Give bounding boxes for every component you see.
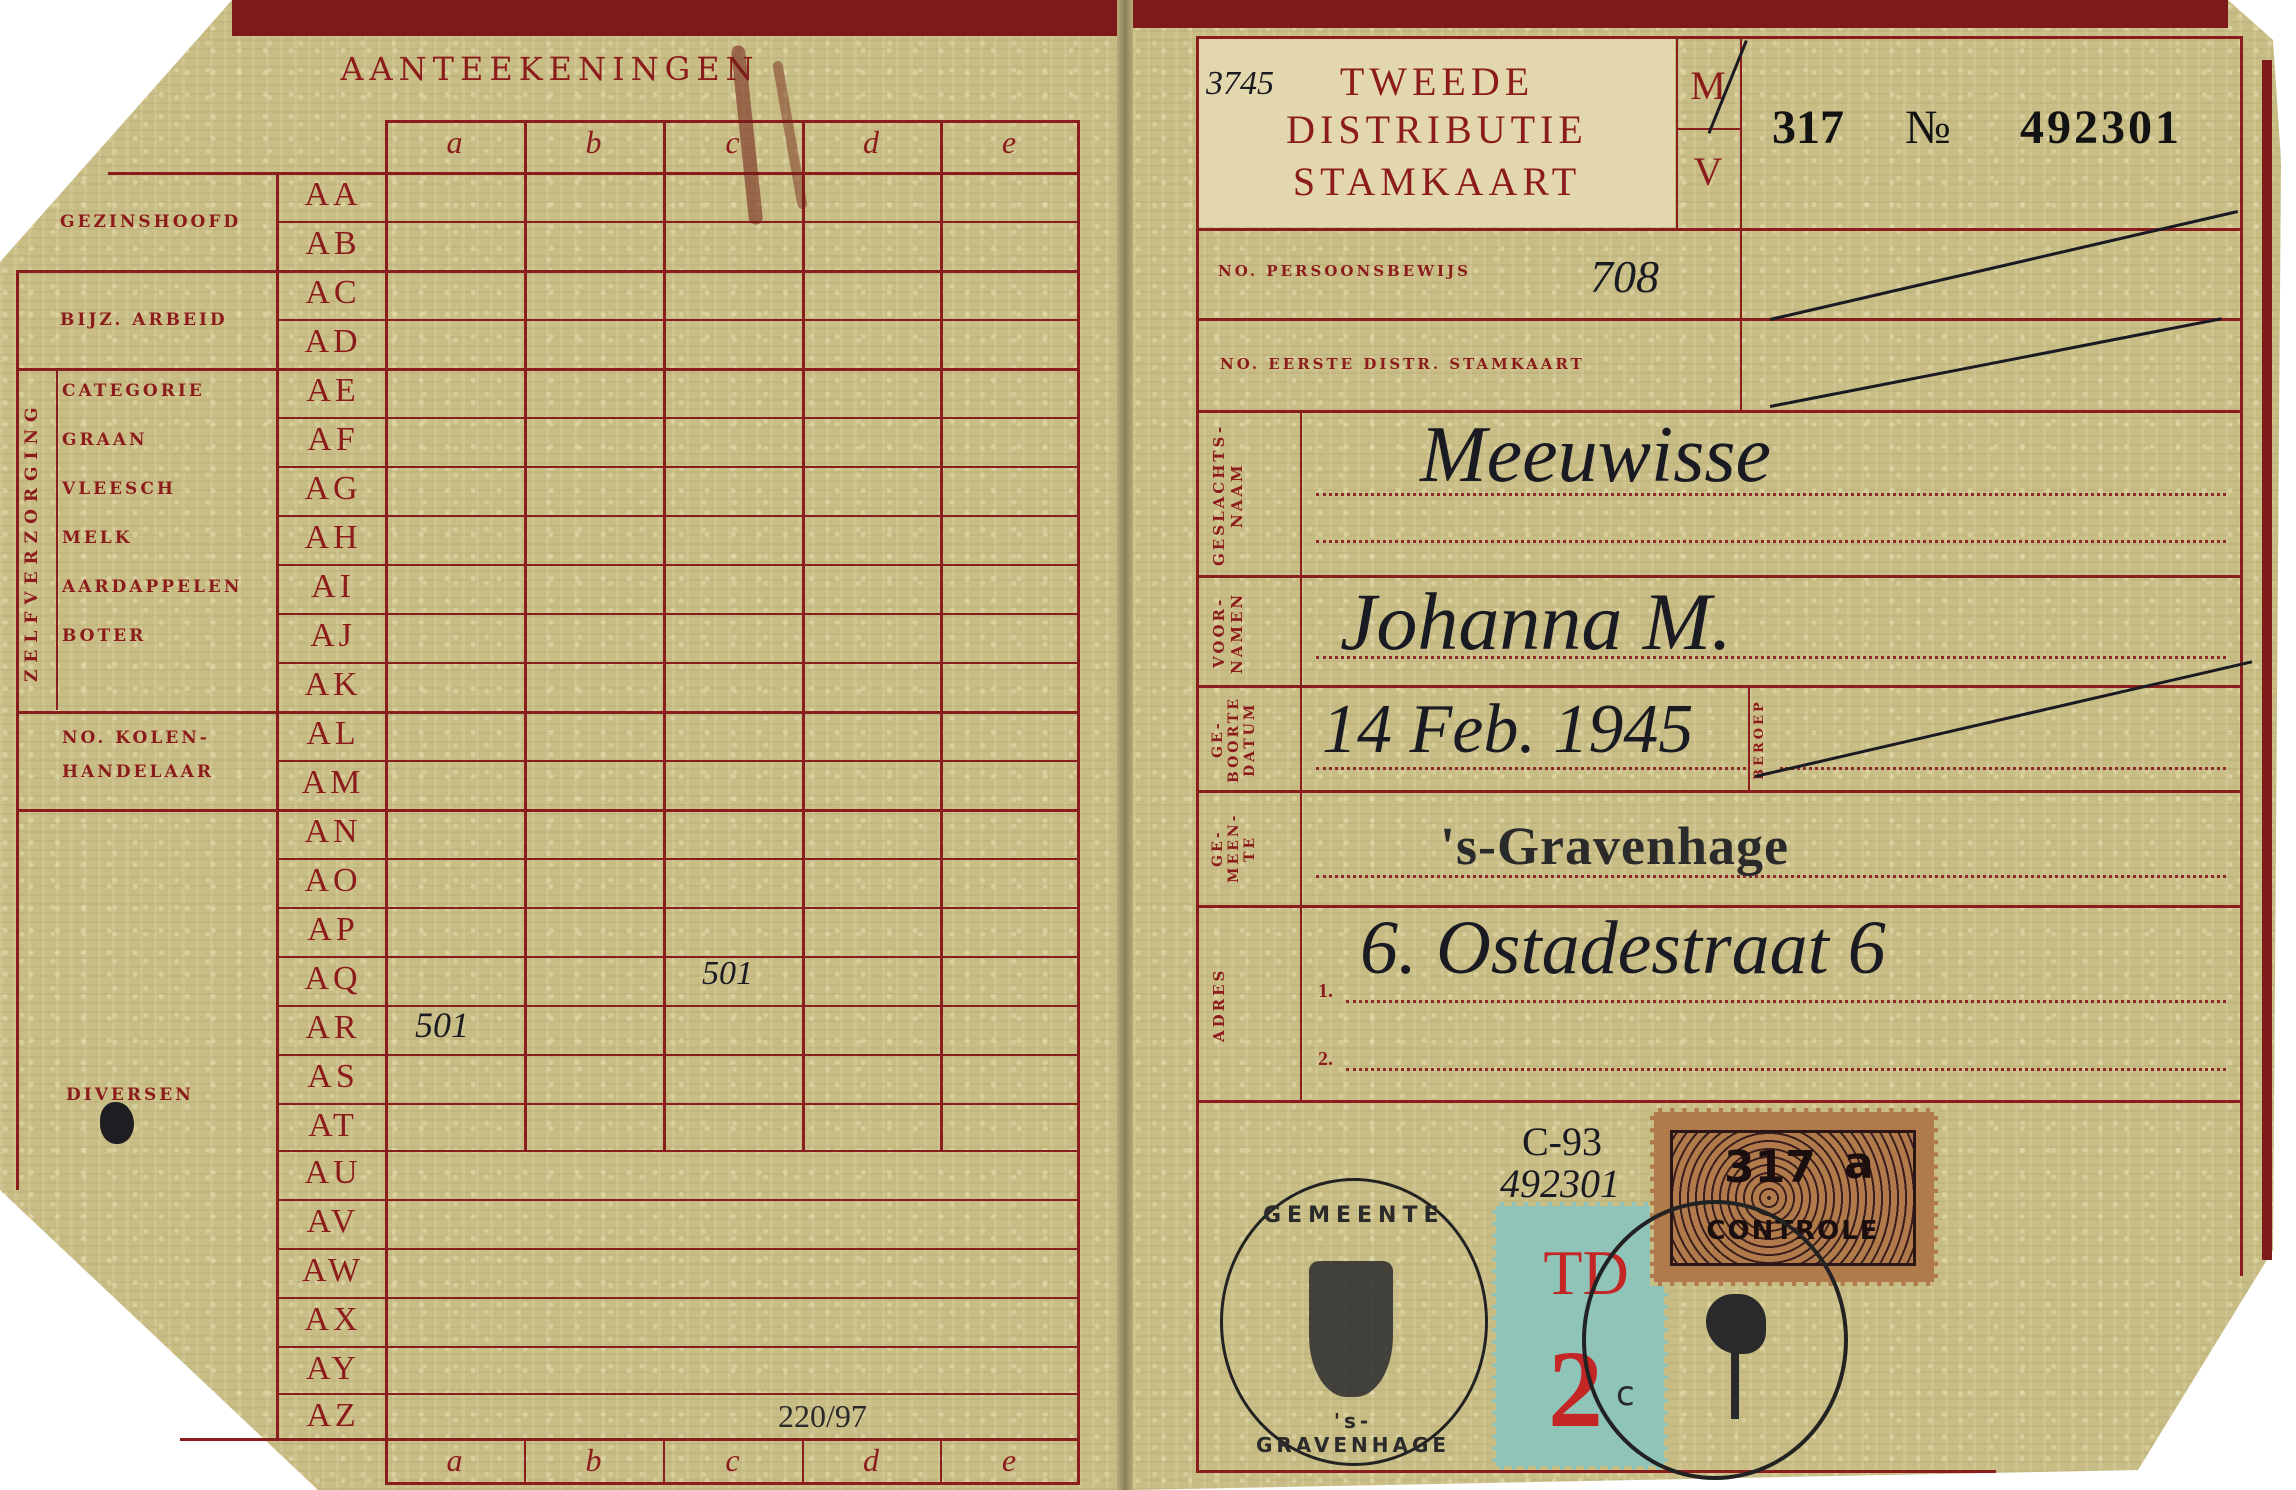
geboortedatum-label: GE- BOORTE DATUM bbox=[1210, 692, 1290, 787]
left-page-top-band bbox=[232, 0, 1125, 36]
municipal-seal-bottom-text: 's-GRAVENHAGE bbox=[1243, 1409, 1463, 1457]
grid-header-top bbox=[385, 120, 1080, 123]
sex-option-v[interactable]: V bbox=[1676, 148, 1740, 195]
footer-header-a: a bbox=[385, 1442, 524, 1479]
header-title-line1: TWEEDE bbox=[1199, 58, 1675, 105]
row-code: AN bbox=[285, 813, 381, 851]
footer-header-e: e bbox=[940, 1442, 1078, 1479]
sublabel-melk: MELK bbox=[62, 528, 133, 548]
footer-bottom bbox=[385, 1482, 1080, 1485]
adres-line2 bbox=[1346, 1068, 2226, 1071]
row-code: AW bbox=[285, 1252, 381, 1290]
right-page-side-band bbox=[2262, 60, 2272, 1260]
geslachtsnaam-line-2 bbox=[1316, 540, 2226, 543]
header-bottom bbox=[1196, 228, 2242, 231]
eerste-stamkaart-label: NO. EERSTE DISTR. STAMKAART bbox=[1220, 355, 1585, 373]
row-code: AT bbox=[285, 1107, 381, 1145]
row-code: AX bbox=[285, 1301, 381, 1339]
row-code: AI bbox=[285, 568, 381, 606]
sublabel-graan: GRAAN bbox=[62, 430, 148, 450]
col-header-b: b bbox=[524, 124, 663, 161]
row-code: AM bbox=[285, 764, 381, 802]
entry-aq-c: 501 bbox=[702, 955, 753, 993]
adres-line1-number: 1. bbox=[1318, 980, 1333, 1003]
sublabel-aardappelen: AARDAPPELEN bbox=[62, 577, 242, 597]
footer-header-d: d bbox=[802, 1442, 940, 1479]
grid-col-a-left bbox=[385, 120, 388, 1485]
beroep-divider bbox=[1748, 685, 1750, 790]
adres-bottom bbox=[1196, 1100, 2242, 1103]
section-label-kolenhandelaar-1: NO. KOLEN- bbox=[62, 728, 210, 748]
section-label-gezinshoofd: GEZINSHOOFD bbox=[60, 212, 241, 232]
row-code: AG bbox=[285, 470, 381, 508]
control-stamp-letter: a bbox=[1844, 1138, 1874, 1189]
row-code: AF bbox=[285, 421, 381, 459]
sublabel-vleesch: VLEESCH bbox=[62, 479, 176, 499]
row-code: AB bbox=[285, 225, 381, 263]
grid-right-border bbox=[1077, 120, 1080, 1485]
spine bbox=[1117, 0, 1133, 1490]
stork-emblem-leg bbox=[1731, 1349, 1739, 1419]
voornamen-value[interactable]: Johanna M. bbox=[1340, 575, 1732, 669]
row-code: AS bbox=[285, 1058, 381, 1096]
zelfverzorging-divider bbox=[56, 370, 58, 710]
persoonsbewijs-value[interactable]: 708 bbox=[1590, 250, 1659, 303]
grid-bottom bbox=[180, 1438, 1080, 1441]
sublabel-categorie: CATEGORIE bbox=[62, 381, 205, 401]
beroep-line bbox=[1780, 767, 2226, 770]
section-label-bijz-arbeid: BIJZ. ARBEID bbox=[60, 310, 228, 330]
footer-header-b: b bbox=[524, 1442, 663, 1479]
voornamen-bottom bbox=[1196, 685, 2242, 688]
section-label-zelfverzorging: ZELFVERZORGING bbox=[22, 374, 42, 708]
mv-divider bbox=[1740, 36, 1742, 410]
row-code: AZ bbox=[285, 1397, 381, 1435]
section-label-kolenhandelaar-2: HANDELAAR bbox=[62, 762, 214, 782]
round-cancel-stamp: Crisis-Gem. 's-Gravenhage bbox=[1582, 1200, 1848, 1480]
entry-az-cd: 220/97 bbox=[778, 1398, 867, 1435]
row-code: AK bbox=[285, 666, 381, 704]
geslachtsnaam-value[interactable]: Meeuwisse bbox=[1420, 410, 1771, 501]
entry-ar-a: 501 bbox=[415, 1004, 469, 1046]
right-border-right bbox=[2240, 36, 2243, 1276]
control-stamp-number: 317 bbox=[1724, 1142, 1816, 1193]
stamp-handwritten-code: C-93 bbox=[1522, 1118, 1602, 1165]
card-number: 492301 bbox=[2020, 100, 2182, 155]
row-code: AH bbox=[285, 519, 381, 557]
right-border-left bbox=[1196, 36, 1199, 1470]
grid-col-e-left bbox=[940, 120, 943, 1150]
section-label-diversen: DIVERSEN bbox=[66, 1085, 194, 1105]
row-code: AY bbox=[285, 1350, 381, 1388]
number-symbol: № bbox=[1905, 100, 1951, 155]
voornamen-label: VOOR- NAMEN bbox=[1210, 585, 1290, 680]
row-code: AO bbox=[285, 862, 381, 900]
grid-col-d-left bbox=[802, 120, 805, 1150]
row-code: AV bbox=[285, 1203, 381, 1241]
footer-header-c: c bbox=[663, 1442, 802, 1479]
row-code: AP bbox=[285, 911, 381, 949]
right-page-top-band bbox=[1133, 0, 2228, 28]
office-code: 317 bbox=[1772, 100, 1844, 155]
label-column-divider bbox=[1300, 410, 1302, 1102]
grid-col-c-left bbox=[663, 120, 666, 1150]
geboortedatum-value[interactable]: 14 Feb. 1945 bbox=[1322, 690, 1693, 770]
col-header-c: c bbox=[663, 124, 802, 161]
gemeente-label: GE- MEEN- TE bbox=[1210, 798, 1290, 898]
grid-col-b-left bbox=[524, 120, 527, 1150]
sublabel-boter: BOTER bbox=[62, 626, 146, 646]
ink-blot bbox=[100, 1102, 134, 1144]
municipal-seal-top-text: GEMEENTE bbox=[1263, 1203, 1443, 1228]
persoonsbewijs-bottom bbox=[1196, 318, 2242, 321]
adres-line1 bbox=[1346, 1000, 2226, 1003]
persoonsbewijs-label: NO. PERSOONSBEWIJS bbox=[1218, 262, 1471, 280]
row-code: AC bbox=[285, 274, 381, 312]
adres-line1-value[interactable]: 6. Ostadestraat 6 bbox=[1360, 905, 1886, 992]
row-code: AJ bbox=[285, 617, 381, 655]
col-header-a: a bbox=[385, 124, 524, 161]
grid-header-bottom bbox=[108, 172, 1080, 175]
left-page-title: AANTEEKENINGEN bbox=[300, 50, 800, 88]
row-code: AD bbox=[285, 323, 381, 361]
row-code: AE bbox=[285, 372, 381, 410]
col-header-e: e bbox=[940, 124, 1078, 161]
header-title-line3: STAMKAART bbox=[1199, 158, 1675, 205]
row-code: AR bbox=[285, 1009, 381, 1047]
municipal-seal: GEMEENTE 's-GRAVENHAGE bbox=[1220, 1178, 1488, 1466]
coat-of-arms-icon bbox=[1309, 1261, 1393, 1397]
sex-option-m[interactable]: M bbox=[1676, 62, 1740, 109]
adres-label: ADRES bbox=[1210, 915, 1290, 1095]
adres-line2-number: 2. bbox=[1318, 1048, 1333, 1071]
row-code: AU bbox=[285, 1154, 381, 1192]
gemeente-value[interactable]: 's-Gravenhage bbox=[1440, 815, 1789, 877]
col-header-d: d bbox=[802, 124, 940, 161]
geboortedatum-bottom bbox=[1196, 790, 2242, 793]
row-code: AA bbox=[285, 176, 381, 214]
geslachtsnaam-label: GESLACHTS- NAAM bbox=[1210, 420, 1290, 570]
stork-emblem-icon bbox=[1706, 1294, 1766, 1354]
row-code: AQ bbox=[285, 960, 381, 998]
row-code: AL bbox=[285, 715, 381, 753]
header-title-line2: DISTRIBUTIE bbox=[1199, 106, 1675, 153]
stamp-handwritten-number: 492301 bbox=[1500, 1160, 1620, 1207]
outer-left-border bbox=[16, 270, 19, 1190]
right-border-bottom bbox=[1196, 1470, 1996, 1473]
